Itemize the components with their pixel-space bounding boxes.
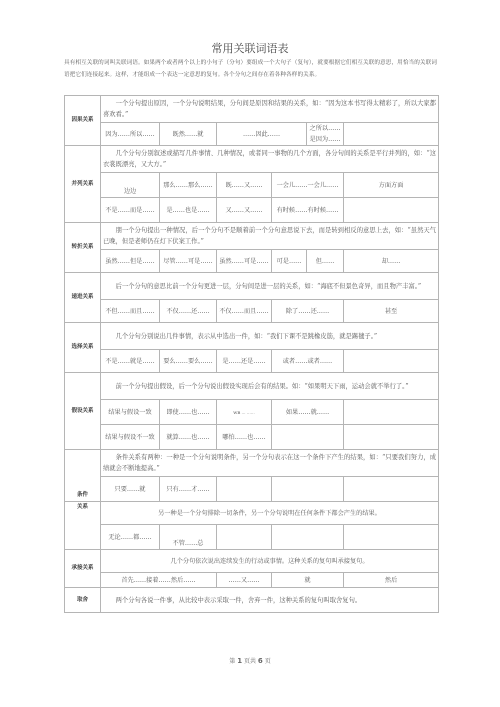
conjunction-table: 因果关系 一个分句提出原因，一个分句说明结果，分句间是原因和结果的关系，如：“因… (64, 95, 439, 613)
table-row: 选择关系 几个分句分别说出几件事情，表示从中选出一件，如：“我们下课不是跳橡皮筋… (65, 323, 439, 350)
category-label: 并列关系 (65, 146, 101, 223)
table-row: 关系 另一种是一个分句排除一切条件，另一个分句说明在任何条件下都会产生的结果。 (65, 502, 439, 525)
table-row: 条件 条件关系有两种：一种是一个分句说明条件，另一个分句表示在这一个条件下产生的… (65, 450, 439, 477)
conjunction-cell: 无论……都…… (101, 525, 160, 550)
conjunction-cell (272, 525, 344, 550)
conjunction-cell: 不是……而是…… (101, 198, 160, 223)
footer-middle: 页共 (244, 658, 256, 665)
category-description: 朋一个分句提出一种情况，后一个分句不是顺着前一个分句意思说下去，而是转到相反的意… (101, 223, 439, 250)
conjunction-cell (344, 477, 439, 502)
conjunction-cell: 既然……就 (160, 123, 217, 146)
conjunction-cell: 不但……而且…… (101, 300, 160, 323)
footer-suffix: 页 (265, 658, 271, 665)
category-description: 另一种是一个分句排除一切条件，另一个分句说明在任何条件下都会产生的结果。 (101, 502, 439, 525)
conjunction-cell: 即使……也…… (160, 400, 217, 425)
conjunction-cell: 就 (272, 573, 344, 588)
conjunction-cell (217, 525, 272, 550)
conjunction-cell: 不是……就是…… (101, 350, 160, 373)
conjunction-cell (272, 425, 344, 450)
conjunction-cell (344, 198, 439, 223)
table-row: 并列关系 几个分句分别叙述或描写几件事情、几种情况，或者同一事物的几个方面，各分… (65, 146, 439, 173)
current-page-number: 1 (237, 657, 242, 665)
table-row: 不但……而且…… 不仅……还…… 不仅……而且…… 除了……还…… 甚至 (65, 300, 439, 323)
category-label: 转折关系 (65, 223, 101, 273)
table-row: 虽然……但是…… 尽管……可是…… 虽然……可是…… 可是…… 但…… 却…… (65, 250, 439, 273)
category-description: 几个分句依次说出连续发生的行动或事情。这种关系的复句叫承接复句。 (101, 550, 439, 573)
conjunction-cell: 因为……所以…… (101, 123, 160, 146)
category-label: 关系 (65, 502, 101, 550)
conjunction-cell: WB … …… (217, 400, 272, 425)
conjunction-cell: 不管……总 (160, 525, 217, 550)
conjunction-cell (344, 525, 439, 550)
conjunction-cell: 要么……要么…… (160, 350, 217, 373)
conjunction-cell: 尽管……可是…… (160, 250, 217, 273)
category-description: 几个分句分别叙述或描写几件事情、几种情况，或者同一事物的几个方面，各分句间的关系… (101, 146, 439, 173)
page-footer: 第 1 页共 6 页 (0, 656, 500, 665)
category-description: 一个分句提出原因，一个分句说明结果，分句间是原因和结果的关系，如：“因为这本书写… (101, 96, 439, 123)
conjunction-cell: 虽然……但是…… (101, 250, 160, 273)
conjunction-cell: 结果与假设一致 (101, 400, 160, 425)
table-row: 不是……而是…… 是……也是…… 又……又…… 有时候……有时候…… (65, 198, 439, 223)
category-label: 取舍 (65, 588, 101, 613)
conjunction-cell: 首先……接着……然后…… (101, 573, 217, 588)
category-label: 承接关系 (65, 550, 101, 588)
category-label: 条件 (65, 450, 101, 502)
conjunction-cell: 是……还是…… (217, 350, 272, 373)
conjunction-cell: 只有……才…… (160, 477, 217, 502)
category-label: 因果关系 (65, 96, 101, 146)
conjunction-cell: 然后 (344, 573, 439, 588)
conjunction-cell: 一会儿……一会儿…… (272, 173, 344, 198)
conjunction-cell: 虽然……可是…… (217, 250, 272, 273)
conjunction-cell: 既……又…… (217, 173, 272, 198)
conjunction-cell: 只要……就 (101, 477, 160, 502)
table-row: 取舍 两个分句各说一件事，从比较中表示采取一件，舍弃一件，这种关系的复句叫取舍复… (65, 588, 439, 613)
table-row: 结果与假设不一致 就算……也…… 哪怕……也…… (65, 425, 439, 450)
conjunction-cell (344, 350, 439, 373)
category-label: 假设关系 (65, 373, 101, 450)
conjunction-cell: 那么……那么…… (160, 173, 217, 198)
conjunction-cell (344, 425, 439, 450)
conjunction-cell (217, 477, 272, 502)
table-row: 转折关系 朋一个分句提出一种情况，后一个分句不是顺着前一个分句意思说下去，而是转… (65, 223, 439, 250)
conjunction-cell (344, 400, 439, 425)
category-description: 条件关系有两种：一种是一个分句说明条件，另一个分句表示在这一个条件下产生的结果，… (101, 450, 439, 477)
conjunction-cell: 哪怕……也…… (217, 425, 272, 450)
table-row: 无论……都…… 不管……总 (65, 525, 439, 550)
conjunction-cell: 有时候……有时候…… (272, 198, 344, 223)
conjunction-cell: 又……又…… (217, 198, 272, 223)
conjunction-cell: 就算……也…… (160, 425, 217, 450)
category-label: 递进关系 (65, 273, 101, 323)
table-row: 首先……接着……然后…… ……又…… 就 然后 (65, 573, 439, 588)
table-row: 边边 那么……那么…… 既……又…… 一会儿……一会儿…… 方面方面 (65, 173, 439, 198)
conjunction-cell: 如果……就…… (272, 400, 344, 425)
page-title: 常用关联词语表 (0, 40, 500, 56)
conjunction-cell: 或者……或者…… (272, 350, 344, 373)
conjunction-cell (272, 477, 344, 502)
total-pages-number: 6 (258, 657, 263, 665)
conjunction-cell: 但…… (307, 250, 344, 273)
conjunction-cell: 之所以……是因为…… (307, 123, 344, 146)
intro-paragraph: 具有相互关联的词叫关联词语。如果两个或者两个以上的小句子（分句）要组成一个大句子… (64, 57, 438, 81)
conjunction-cell: 方面方面 (344, 173, 439, 198)
table-row: 因果关系 一个分句提出原因，一个分句说明结果，分句间是原因和结果的关系，如：“因… (65, 96, 439, 123)
category-label: 选择关系 (65, 323, 101, 373)
conjunction-cell: 却…… (344, 250, 439, 273)
table-row: 结果与假设一致 即使……也…… WB … …… 如果……就…… (65, 400, 439, 425)
conjunction-cell: 不仅……还…… (160, 300, 217, 323)
conjunction-cell: 不仅……而且…… (217, 300, 272, 323)
table-row: 因为……所以…… 既然……就 ……因此…… 之所以……是因为…… (65, 123, 439, 146)
category-description: 几个分句分别说出几件事情，表示从中选出一件，如：“我们下课不是跳橡皮筋，就是踢毽… (101, 323, 439, 350)
conjunction-cell: ……因此…… (217, 123, 307, 146)
conjunction-cell: 边边 (101, 173, 160, 198)
category-description: 后一个分句的意思比前一个分句更进一层，分句间是进一层的关系，如：“海底不但景色奇… (101, 273, 439, 300)
conjunction-cell: ……又…… (217, 573, 272, 588)
footer-prefix: 第 (229, 658, 235, 665)
conjunction-cell: 是……也是…… (160, 198, 217, 223)
conjunction-cell: 结果与假设不一致 (101, 425, 160, 450)
table-row: 承接关系 几个分句依次说出连续发生的行动或事情。这种关系的复句叫承接复句。 (65, 550, 439, 573)
conjunction-cell (344, 123, 439, 146)
table-row: 递进关系 后一个分句的意思比前一个分句更进一层，分句间是进一层的关系，如：“海底… (65, 273, 439, 300)
conjunction-cell: 可是…… (272, 250, 307, 273)
table-row: 不是……就是…… 要么……要么…… 是……还是…… 或者……或者…… (65, 350, 439, 373)
conjunction-cell: 甚至 (344, 300, 439, 323)
table-row: 只要……就 只有……才…… (65, 477, 439, 502)
category-description: 前一个分句提出假设，后一个分句说出假设实现后会有的结果。如：“如果明天下雨，运动… (101, 373, 439, 400)
conjunction-cell: 除了……还…… (272, 300, 344, 323)
category-description: 两个分句各说一件事，从比较中表示采取一件，舍弃一件，这种关系的复句叫取舍复句。 (101, 588, 439, 613)
table-row: 假设关系 前一个分句提出假设，后一个分句说出假设实现后会有的结果。如：“如果明天… (65, 373, 439, 400)
